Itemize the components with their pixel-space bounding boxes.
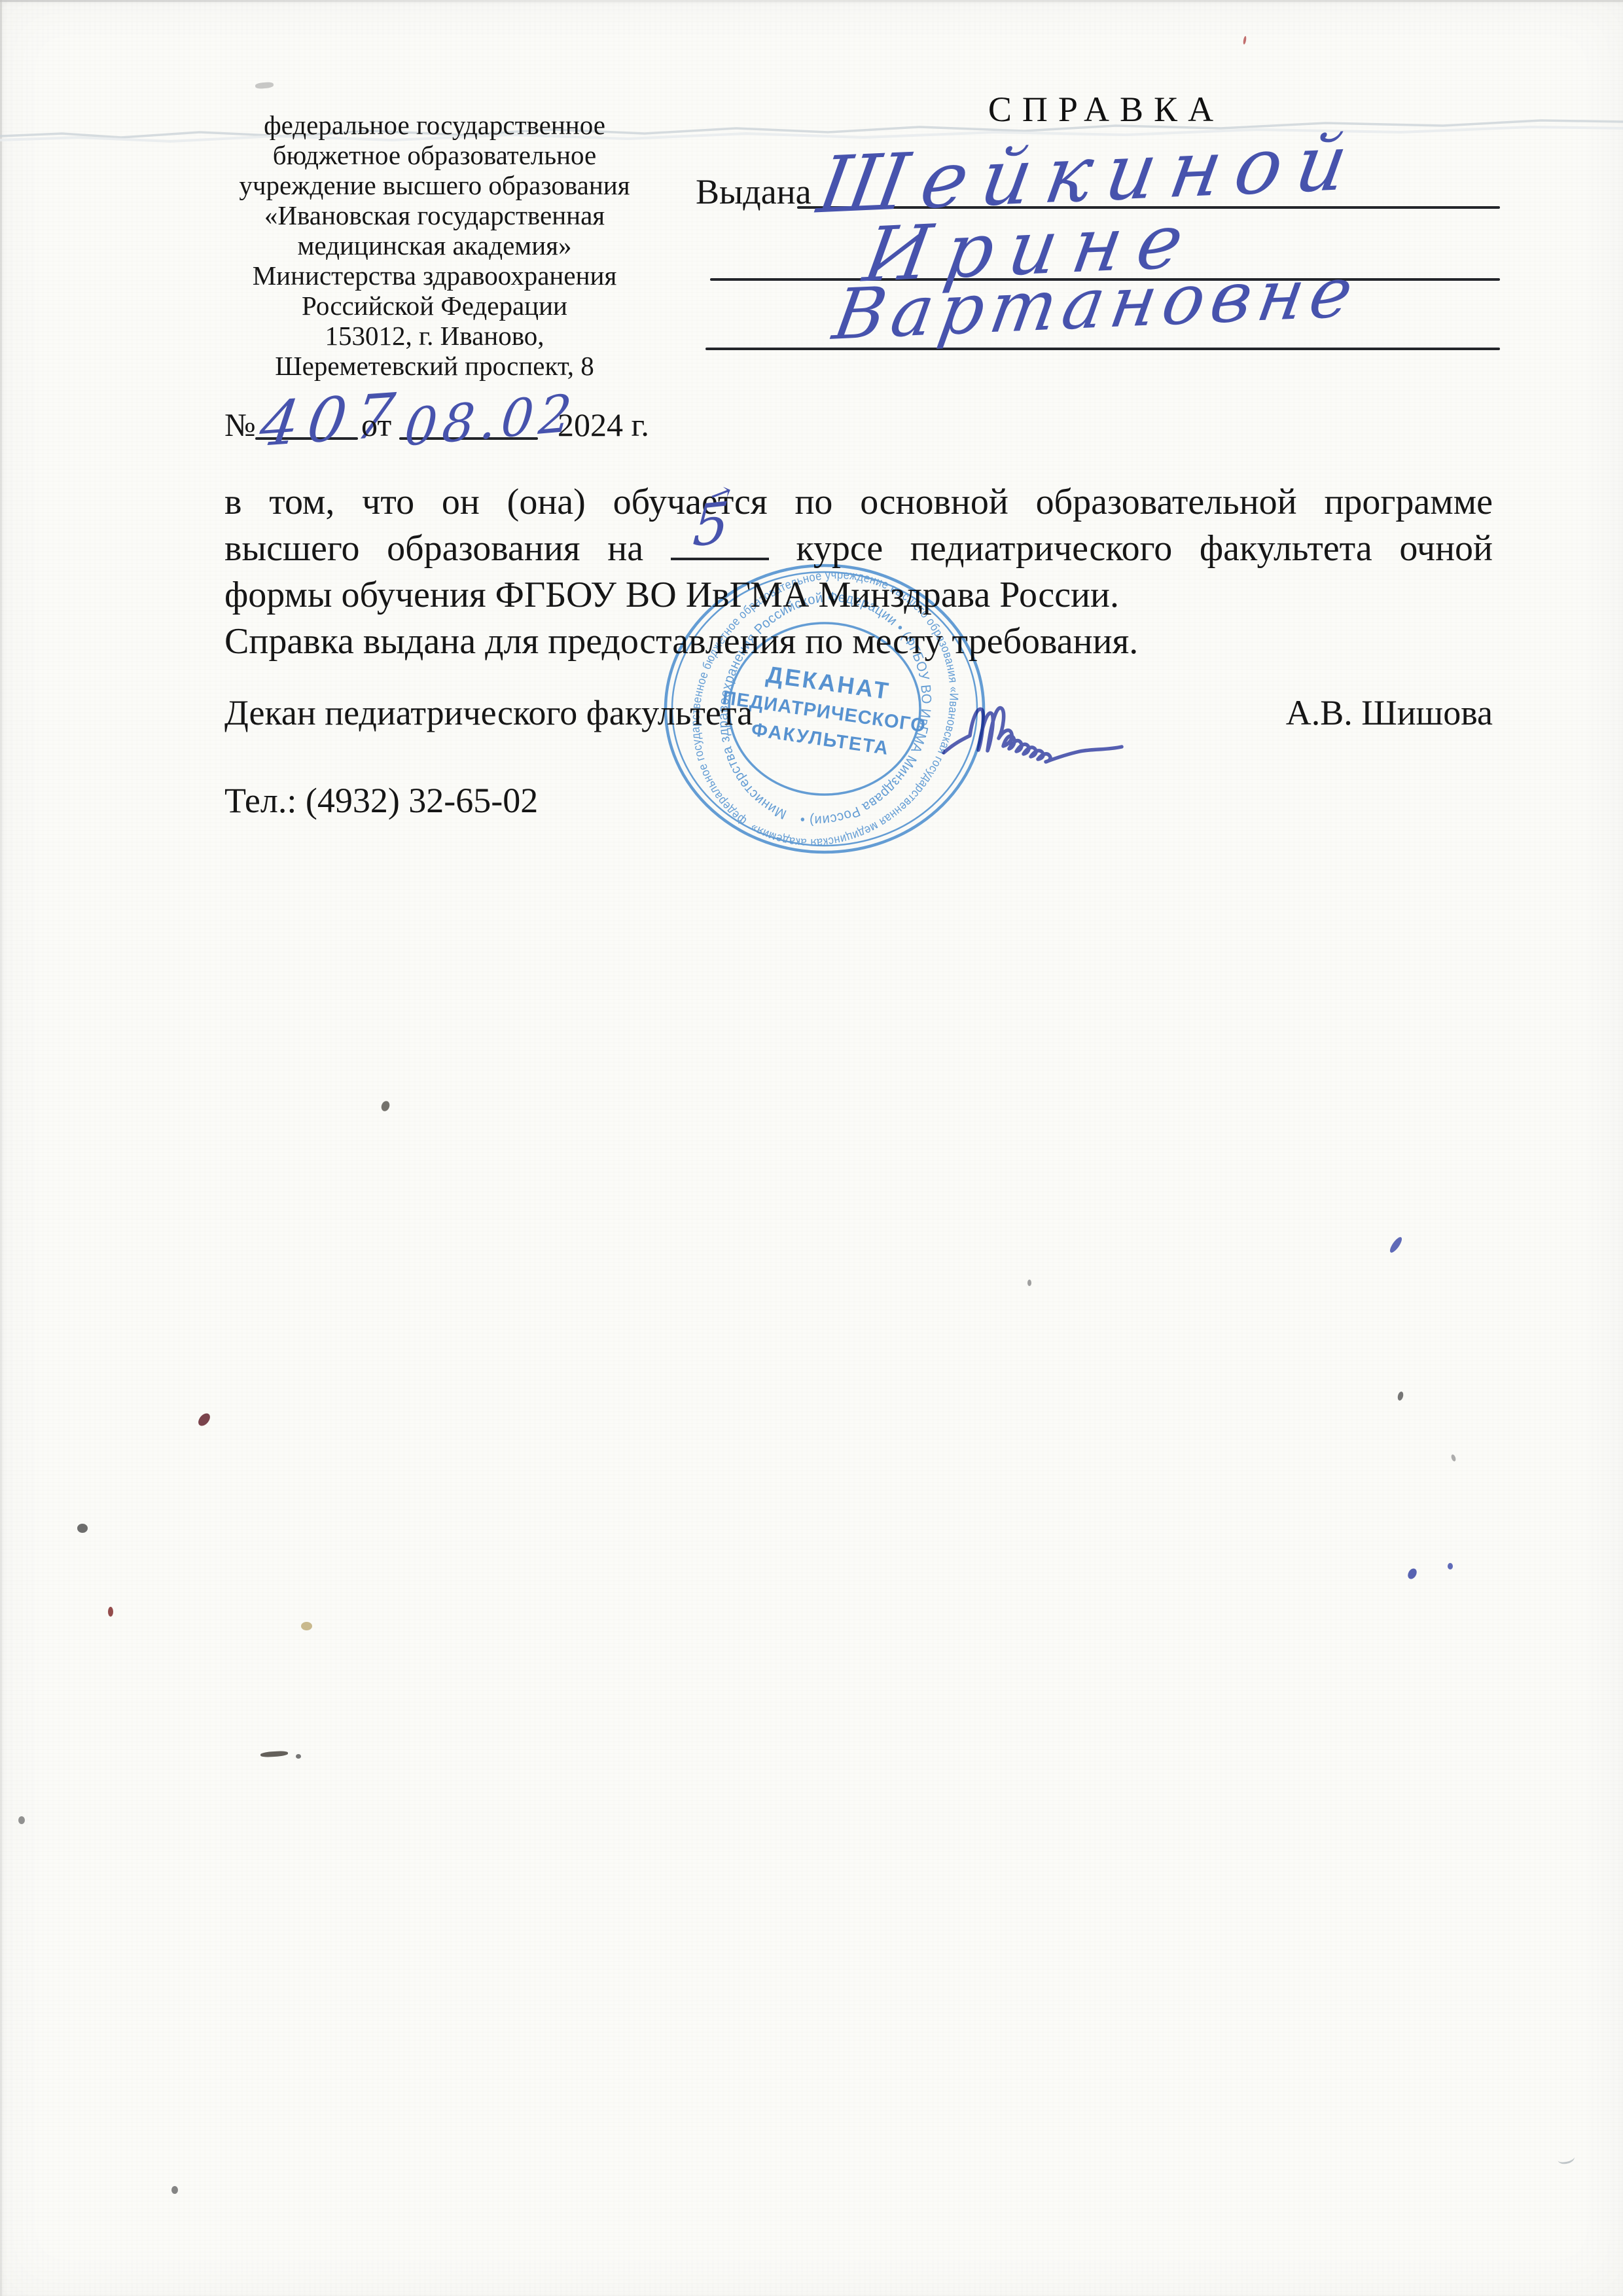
letterhead-line: Российской Федерации xyxy=(232,291,637,321)
scan-speck xyxy=(108,1607,113,1617)
scan-speck xyxy=(171,2186,178,2194)
scan-speck xyxy=(1243,36,1247,45)
letterhead-block: федеральное государственное бюджетное об… xyxy=(232,110,637,381)
letterhead-line: учреждение высшего образования xyxy=(232,170,637,200)
letterhead-line: медицинская академия» xyxy=(232,230,637,260)
letterhead-line: «Ивановская государственная xyxy=(232,200,637,230)
letterhead-line: 153012, г. Иваново, xyxy=(232,321,637,351)
handwritten-ref-date: 08.02 xyxy=(402,384,579,458)
fill-in-line-patronymic xyxy=(705,348,1500,350)
ink-speck xyxy=(1448,1563,1453,1570)
number-mark: № xyxy=(224,406,256,444)
issued-to-label: Выдана xyxy=(696,171,811,212)
body-line2-before: высшего образования на xyxy=(224,528,643,569)
body-line-1: в том, что он (она) обучается по основно… xyxy=(224,481,1493,528)
letterhead-line: Министерства здравоохранения xyxy=(232,260,637,291)
scan-edge-left xyxy=(0,0,2,2296)
scan-speck xyxy=(1027,1280,1031,1286)
dean-name: А.В. Шишова xyxy=(1286,692,1493,733)
letterhead-line: федеральное государственное xyxy=(232,110,637,140)
scan-speck xyxy=(260,1751,288,1758)
scan-speck xyxy=(18,1816,25,1824)
scan-speck xyxy=(77,1524,88,1533)
scan-speck xyxy=(301,1622,312,1630)
scan-speck xyxy=(255,82,274,89)
letterhead-line: бюджетное образовательное xyxy=(232,140,637,170)
scanned-document-page: федеральное государственное бюджетное об… xyxy=(0,0,1623,2296)
dean-signature xyxy=(918,673,1166,778)
scan-edge-top xyxy=(0,0,1623,2)
year-label: 2024 г. xyxy=(558,406,649,444)
scan-speck xyxy=(1397,1391,1404,1401)
scan-speck xyxy=(296,1754,301,1759)
phone-line: Тел.: (4932) 32-65-02 xyxy=(224,780,538,821)
letterhead-line: Шереметевский проспект, 8 xyxy=(232,351,637,381)
scan-speck xyxy=(1557,2151,1576,2165)
scan-speck xyxy=(380,1100,391,1112)
scan-speck xyxy=(1450,1454,1456,1462)
scan-speck xyxy=(196,1411,213,1428)
ink-speck xyxy=(1406,1567,1419,1581)
ink-speck xyxy=(1388,1236,1404,1255)
from-label: от xyxy=(361,406,391,444)
